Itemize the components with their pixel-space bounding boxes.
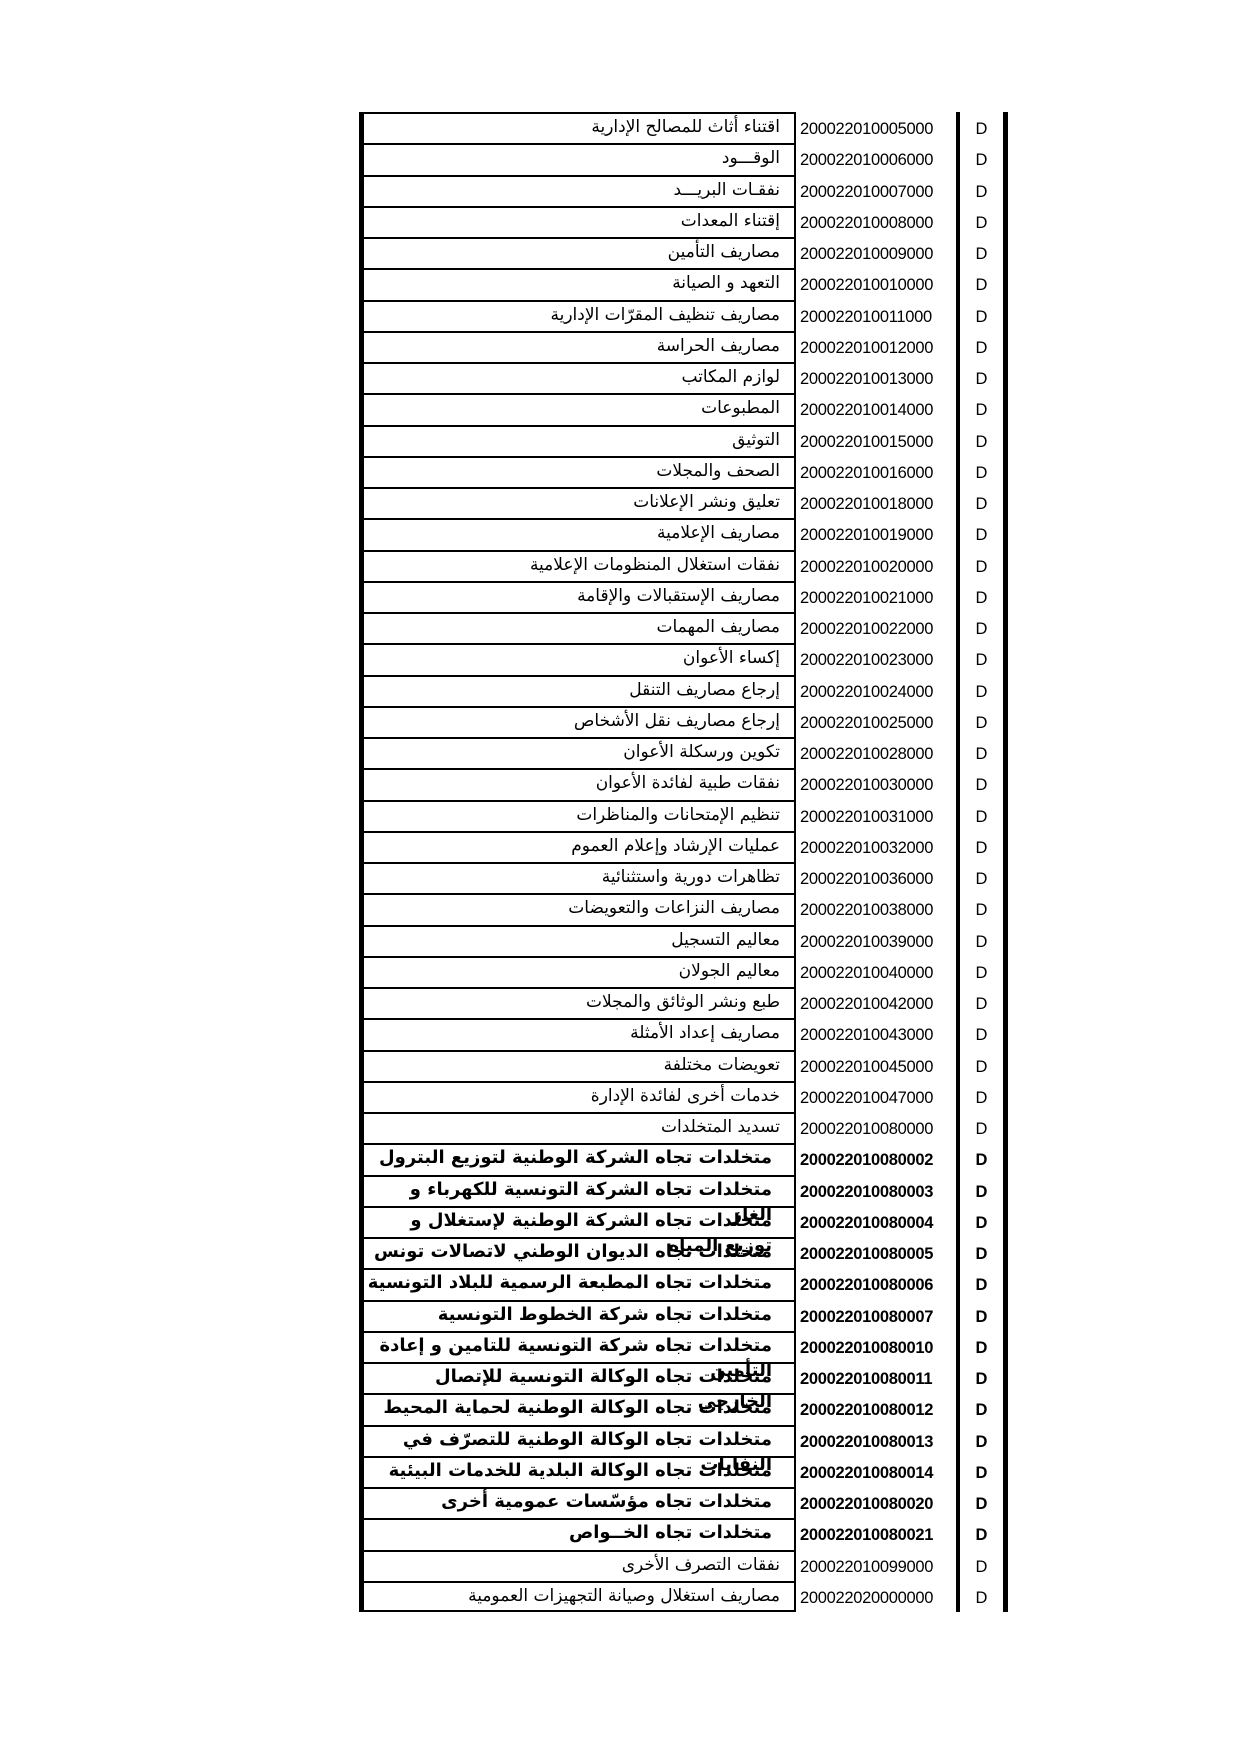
expense-code-cell: 200022010080014 xyxy=(800,1456,955,1487)
expense-name: تعويضات مختلفة xyxy=(664,1055,780,1075)
expense-name: مصاريف النزاعات والتعويضات xyxy=(568,898,780,918)
expense-name-cell: إقتناء المعدات xyxy=(359,206,796,237)
type-flag-cell: D xyxy=(956,112,1008,143)
expense-code-cell: 200022010045000 xyxy=(800,1050,955,1081)
expense-name-cell: التعهد و الصيانة xyxy=(359,268,796,299)
type-flag-cell: D xyxy=(956,1175,1008,1206)
table-row: المطبوعات 200022010014000 D xyxy=(359,393,1011,424)
type-flag-cell: D xyxy=(956,581,1008,612)
expense-code-cell: 200022010080005 xyxy=(800,1237,955,1268)
expense-code-cell: 200022010021000 xyxy=(800,581,955,612)
expense-code-cell: 200022010038000 xyxy=(800,893,955,924)
expense-name-cell: تكوين ورسكلة الأعوان xyxy=(359,737,796,768)
expense-name-cell: تسديد المتخلدات xyxy=(359,1112,796,1143)
table-row: مصاريف النزاعات والتعويضات 2000220100380… xyxy=(359,893,1011,924)
expense-name: طبع ونشر الوثائق والمجلات xyxy=(586,992,780,1012)
type-flag-cell: D xyxy=(956,1300,1008,1331)
table-row: نفقات طبية لفائدة الأعوان 20002201003000… xyxy=(359,768,1011,799)
table-row: اقتناء أثاث للمصالح الإدارية 20002201000… xyxy=(359,112,1011,143)
expense-code-cell: 200022010039000 xyxy=(800,925,955,956)
expense-code-cell: 200022010007000 xyxy=(800,175,955,206)
table-row: الوقـــود 200022010006000 D xyxy=(359,143,1011,174)
table-row: معاليم الجولان 200022010040000 D xyxy=(359,956,1011,987)
expense-code-cell: 200022010005000 xyxy=(800,112,955,143)
type-flag-cell: D xyxy=(956,456,1008,487)
expense-name-cell: متخلدات تجاه المطبعة الرسمية للبلاد التو… xyxy=(359,1268,796,1299)
table-row: متخلدات تجاه الخــواص 200022010080021 D xyxy=(359,1518,1011,1549)
expense-code-cell: 200022010080002 xyxy=(800,1143,955,1174)
expense-code-cell: 200022010099000 xyxy=(800,1550,955,1581)
type-flag-cell: D xyxy=(956,956,1008,987)
table-row: معاليم التسجيل 200022010039000 D xyxy=(359,925,1011,956)
expense-code-cell: 200022010009000 xyxy=(800,237,955,268)
expense-name-cell: إرجاع مصاريف نقل الأشخاص xyxy=(359,706,796,737)
type-flag-cell: D xyxy=(956,831,1008,862)
expense-name-cell: مصاريف المهمات xyxy=(359,612,796,643)
expense-code-cell: 200022010022000 xyxy=(800,612,955,643)
expense-code-cell: 200022010043000 xyxy=(800,1018,955,1049)
expense-code-cell: 200022010040000 xyxy=(800,956,955,987)
type-flag-cell: D xyxy=(956,1425,1008,1456)
expense-name-cell: متخلدات تجاه الخــواص xyxy=(359,1518,796,1549)
expense-code-cell: 200022010080004 xyxy=(800,1206,955,1237)
expense-name: مصاريف استغلال وصيانة التجهيزات العمومية xyxy=(468,1586,780,1606)
type-flag-cell: D xyxy=(956,1018,1008,1049)
expense-name-cell: تعليق ونشر الإعلانات xyxy=(359,487,796,518)
expense-name-cell: طبع ونشر الوثائق والمجلات xyxy=(359,987,796,1018)
expense-code-cell: 200022010016000 xyxy=(800,456,955,487)
expense-name-cell: تنظيم الإمتحانات والمناظرات xyxy=(359,800,796,831)
expense-code-cell: 200022010080013 xyxy=(800,1425,955,1456)
type-flag-cell: D xyxy=(956,425,1008,456)
type-flag-cell: D xyxy=(956,1362,1008,1393)
expense-code-table: اقتناء أثاث للمصالح الإدارية 20002201000… xyxy=(359,112,1011,1612)
expense-name: الوقـــود xyxy=(722,148,780,168)
expense-name-cell: متخلدات تجاه الشركة الوطنية لتوزيع البتر… xyxy=(359,1143,796,1174)
expense-code-cell: 200022010080011 xyxy=(800,1362,955,1393)
type-flag-cell: D xyxy=(956,331,1008,362)
table-row: متخلدات تجاه الوكالة الوطنية للتصرّف في … xyxy=(359,1425,1011,1456)
table-row: مصاريف الإعلامية 200022010019000 D xyxy=(359,518,1011,549)
table-row: تعليق ونشر الإعلانات 200022010018000 D xyxy=(359,487,1011,518)
expense-code-cell: 200022010080006 xyxy=(800,1268,955,1299)
expense-code-cell: 200022010014000 xyxy=(800,393,955,424)
expense-code-cell: 200022010047000 xyxy=(800,1081,955,1112)
type-flag-cell: D xyxy=(956,800,1008,831)
expense-name-cell: إرجاع مصاريف التنقل xyxy=(359,675,796,706)
type-flag-cell: D xyxy=(956,675,1008,706)
table-row: متخلدات تجاه مؤسّسات عمومية أخرى 2000220… xyxy=(359,1487,1011,1518)
type-flag-cell: D xyxy=(956,1268,1008,1299)
table-row: لوازم المكاتب 200022010013000 D xyxy=(359,362,1011,393)
table-row: التوثيق 200022010015000 D xyxy=(359,425,1011,456)
type-flag-cell: D xyxy=(956,1581,1008,1612)
expense-name: متخلدات تجاه الديوان الوطني لاتصالات تون… xyxy=(374,1241,772,1262)
expense-name: تعليق ونشر الإعلانات xyxy=(633,492,780,512)
expense-code-cell: 200022010024000 xyxy=(800,675,955,706)
type-flag-cell: D xyxy=(956,862,1008,893)
type-flag-cell: D xyxy=(956,1050,1008,1081)
type-flag-cell: D xyxy=(956,1518,1008,1549)
expense-code-cell: 200022010020000 xyxy=(800,550,955,581)
type-flag-cell: D xyxy=(956,612,1008,643)
expense-code-cell: 200022010023000 xyxy=(800,643,955,674)
type-flag-cell: D xyxy=(956,518,1008,549)
table-row: متخلدات تجاه المطبعة الرسمية للبلاد التو… xyxy=(359,1268,1011,1299)
table-row: مصاريف إعداد الأمثلة 200022010043000 D xyxy=(359,1018,1011,1049)
expense-code-cell: 200022010042000 xyxy=(800,987,955,1018)
table-row: إرجاع مصاريف التنقل 200022010024000 D xyxy=(359,675,1011,706)
expense-name-cell: إكساء الأعوان xyxy=(359,643,796,674)
type-flag-cell: D xyxy=(956,1393,1008,1424)
expense-name: نفقـات البريـــد xyxy=(673,180,780,200)
type-flag-cell: D xyxy=(956,143,1008,174)
expense-name: نفقات التصرف الأخرى xyxy=(622,1555,780,1575)
expense-name: التعهد و الصيانة xyxy=(672,273,780,293)
table-row: متخلدات تجاه الديوان الوطني لاتصالات تون… xyxy=(359,1237,1011,1268)
type-flag-cell: D xyxy=(956,237,1008,268)
table-row: التعهد و الصيانة 200022010010000 D xyxy=(359,268,1011,299)
table-row: متخلدات تجاه شركة الخطوط التونسية 200022… xyxy=(359,1300,1011,1331)
table-row: نفقات استغلال المنظومات الإعلامية 200022… xyxy=(359,550,1011,581)
expense-name-cell: متخلدات تجاه الوكالة التونسية للإتصال ال… xyxy=(359,1362,796,1393)
expense-code-cell: 200022010080021 xyxy=(800,1518,955,1549)
table-row: تسديد المتخلدات 200022010080000 D xyxy=(359,1112,1011,1143)
expense-name: التوثيق xyxy=(732,430,780,450)
table-row: إكساء الأعوان 200022010023000 D xyxy=(359,643,1011,674)
type-flag-cell: D xyxy=(956,643,1008,674)
type-flag-cell: D xyxy=(956,1331,1008,1362)
expense-name: متخلدات تجاه الوكالة الوطنية لحماية المح… xyxy=(383,1397,772,1418)
expense-code-cell: 200022010028000 xyxy=(800,737,955,768)
expense-name: إقتناء المعدات xyxy=(681,211,780,231)
expense-name: متخلدات تجاه مؤسّسات عمومية أخرى xyxy=(441,1491,772,1512)
expense-name-cell: متخلدات تجاه الشركة الوطنية لإستغلال و ت… xyxy=(359,1206,796,1237)
expense-code-cell: 200022010008000 xyxy=(800,206,955,237)
expense-name-cell: التوثيق xyxy=(359,425,796,456)
table-row: طبع ونشر الوثائق والمجلات 20002201004200… xyxy=(359,987,1011,1018)
expense-name-cell: متخلدات تجاه شركة التونسية للتامين و إعا… xyxy=(359,1331,796,1362)
expense-name-cell: متخلدات تجاه الوكالة الوطنية لحماية المح… xyxy=(359,1393,796,1424)
type-flag-cell: D xyxy=(956,300,1008,331)
expense-code-cell: 200022010025000 xyxy=(800,706,955,737)
expense-name-cell: الوقـــود xyxy=(359,143,796,174)
type-flag-cell: D xyxy=(956,925,1008,956)
table-row: متخلدات تجاه الشركة التونسية للكهرباء و … xyxy=(359,1175,1011,1206)
expense-code-cell: 200022010080003 xyxy=(800,1175,955,1206)
expense-code-cell: 200022010036000 xyxy=(800,862,955,893)
expense-name: مصاريف المهمات xyxy=(656,617,780,637)
expense-code-cell: 200022010019000 xyxy=(800,518,955,549)
type-flag-cell: D xyxy=(956,1143,1008,1174)
expense-name: مصاريف الإعلامية xyxy=(657,523,780,543)
table-row: مصاريف المهمات 200022010022000 D xyxy=(359,612,1011,643)
expense-name-cell: مصاريف التأمين xyxy=(359,237,796,268)
table-row: الصحف والمجلات 200022010016000 D xyxy=(359,456,1011,487)
table-row: متخلدات تجاه الشركة الوطنية لإستغلال و ت… xyxy=(359,1206,1011,1237)
expense-name-cell: نفقـات البريـــد xyxy=(359,175,796,206)
expense-name-cell: مصاريف إعداد الأمثلة xyxy=(359,1018,796,1049)
type-flag-cell: D xyxy=(956,393,1008,424)
type-flag-cell: D xyxy=(956,206,1008,237)
expense-name-cell: المطبوعات xyxy=(359,393,796,424)
type-flag-cell: D xyxy=(956,768,1008,799)
type-flag-cell: D xyxy=(956,706,1008,737)
table-row: نفقات التصرف الأخرى 200022010099000 D xyxy=(359,1550,1011,1581)
expense-name: مصاريف التأمين xyxy=(668,242,780,262)
table-row: مصاريف الإستقبالات والإقامة 200022010021… xyxy=(359,581,1011,612)
expense-code-cell: 200022010031000 xyxy=(800,800,955,831)
type-flag-cell: D xyxy=(956,1206,1008,1237)
table-row: عمليات الإرشاد وإعلام العموم 20002201003… xyxy=(359,831,1011,862)
type-flag-cell: D xyxy=(956,893,1008,924)
expense-name-cell: متخلدات تجاه مؤسّسات عمومية أخرى xyxy=(359,1487,796,1518)
type-flag-cell: D xyxy=(956,1237,1008,1268)
type-flag-cell: D xyxy=(956,1081,1008,1112)
expense-name: المطبوعات xyxy=(701,398,780,418)
type-flag-cell: D xyxy=(956,737,1008,768)
expense-name: الصحف والمجلات xyxy=(656,461,780,481)
expense-name: متخلدات تجاه الخــواص xyxy=(569,1522,772,1543)
expense-name-cell: لوازم المكاتب xyxy=(359,362,796,393)
expense-name-cell: مصاريف الإعلامية xyxy=(359,518,796,549)
expense-name-cell: نفقات التصرف الأخرى xyxy=(359,1550,796,1581)
table-row: مصاريف تنظيف المقرّات الإدارية 200022010… xyxy=(359,300,1011,331)
expense-name: تسديد المتخلدات xyxy=(661,1117,780,1137)
expense-name-cell: الصحف والمجلات xyxy=(359,456,796,487)
expense-name-cell: مصاريف النزاعات والتعويضات xyxy=(359,893,796,924)
table-row: تظاهرات دورية واستثنائية 200022010036000… xyxy=(359,862,1011,893)
table-row: إرجاع مصاريف نقل الأشخاص 200022010025000… xyxy=(359,706,1011,737)
expense-name: تنظيم الإمتحانات والمناظرات xyxy=(576,805,780,825)
expense-name: مصاريف إعداد الأمثلة xyxy=(630,1023,780,1043)
table-row: مصاريف الحراسة 200022010012000 D xyxy=(359,331,1011,362)
expense-name: متخلدات تجاه شركة الخطوط التونسية xyxy=(438,1304,772,1325)
type-flag-cell: D xyxy=(956,1487,1008,1518)
table-row: مصاريف التأمين 200022010009000 D xyxy=(359,237,1011,268)
expense-name: متخلدات تجاه المطبعة الرسمية للبلاد التو… xyxy=(368,1272,772,1293)
expense-code-cell: 200022010013000 xyxy=(800,362,955,393)
type-flag-cell: D xyxy=(956,487,1008,518)
expense-name: متخلدات تجاه الشركة الوطنية لتوزيع البتر… xyxy=(379,1147,772,1168)
expense-name-cell: اقتناء أثاث للمصالح الإدارية xyxy=(359,112,796,143)
type-flag-cell: D xyxy=(956,175,1008,206)
expense-code-cell: 200022010080012 xyxy=(800,1393,955,1424)
table-row: متخلدات تجاه الشركة الوطنية لتوزيع البتر… xyxy=(359,1143,1011,1174)
expense-code-cell: 200022010080007 xyxy=(800,1300,955,1331)
expense-code-cell: 200022010032000 xyxy=(800,831,955,862)
expense-code-cell: 200022010006000 xyxy=(800,143,955,174)
expense-name: متخلدات تجاه الوكالة البلدية للخدمات الب… xyxy=(389,1460,772,1481)
table-row: متخلدات تجاه الوكالة التونسية للإتصال ال… xyxy=(359,1362,1011,1393)
type-flag-cell: D xyxy=(956,268,1008,299)
expense-name: نفقات طبية لفائدة الأعوان xyxy=(596,773,780,793)
expense-name: إرجاع مصاريف التنقل xyxy=(629,680,780,700)
expense-code-cell: 200022010080020 xyxy=(800,1487,955,1518)
expense-name: تكوين ورسكلة الأعوان xyxy=(623,742,780,762)
expense-name-cell: متخلدات تجاه شركة الخطوط التونسية xyxy=(359,1300,796,1331)
expense-code-cell: 200022010015000 xyxy=(800,425,955,456)
table-row: تكوين ورسكلة الأعوان 200022010028000 D xyxy=(359,737,1011,768)
expense-name-cell: مصاريف الإستقبالات والإقامة xyxy=(359,581,796,612)
expense-name-cell: خدمات أخرى لفائدة الإدارة xyxy=(359,1081,796,1112)
expense-name-cell: نفقات استغلال المنظومات الإعلامية xyxy=(359,550,796,581)
expense-name-cell: نفقات طبية لفائدة الأعوان xyxy=(359,768,796,799)
type-flag-cell: D xyxy=(956,1112,1008,1143)
type-flag-cell: D xyxy=(956,1456,1008,1487)
expense-name: مصاريف الإستقبالات والإقامة xyxy=(577,586,780,606)
table-row: خدمات أخرى لفائدة الإدارة 20002201004700… xyxy=(359,1081,1011,1112)
table-row: متخلدات تجاه الوكالة البلدية للخدمات الب… xyxy=(359,1456,1011,1487)
table-row: إقتناء المعدات 200022010008000 D xyxy=(359,206,1011,237)
expense-code-cell: 200022010012000 xyxy=(800,331,955,362)
expense-name: معاليم الجولان xyxy=(679,961,780,981)
type-flag-cell: D xyxy=(956,550,1008,581)
expense-code-cell: 200022010018000 xyxy=(800,487,955,518)
expense-name: تظاهرات دورية واستثنائية xyxy=(602,867,780,887)
expense-code-cell: 200022010011000 xyxy=(800,300,955,331)
table-row: متخلدات تجاه الوكالة الوطنية لحماية المح… xyxy=(359,1393,1011,1424)
expense-name-cell: عمليات الإرشاد وإعلام العموم xyxy=(359,831,796,862)
expense-name: معاليم التسجيل xyxy=(671,930,780,950)
table-row: تعويضات مختلفة 200022010045000 D xyxy=(359,1050,1011,1081)
expense-name: نفقات استغلال المنظومات الإعلامية xyxy=(530,555,780,575)
expense-name-cell: مصاريف تنظيف المقرّات الإدارية xyxy=(359,300,796,331)
expense-name-cell: مصاريف الحراسة xyxy=(359,331,796,362)
table-row: مصاريف استغلال وصيانة التجهيزات العمومية… xyxy=(359,1581,1011,1612)
expense-code-cell: 200022010030000 xyxy=(800,768,955,799)
expense-name: مصاريف تنظيف المقرّات الإدارية xyxy=(550,305,780,325)
expense-name-cell: معاليم الجولان xyxy=(359,956,796,987)
expense-name-cell: معاليم التسجيل xyxy=(359,925,796,956)
expense-name: لوازم المكاتب xyxy=(681,367,780,387)
type-flag-cell: D xyxy=(956,987,1008,1018)
expense-code-cell: 200022020000000 xyxy=(800,1581,955,1612)
expense-code-cell: 200022010080010 xyxy=(800,1331,955,1362)
expense-name-cell: مصاريف استغلال وصيانة التجهيزات العمومية xyxy=(359,1581,796,1612)
expense-name-cell: تعويضات مختلفة xyxy=(359,1050,796,1081)
expense-name: إرجاع مصاريف نقل الأشخاص xyxy=(574,711,780,731)
expense-name-cell: متخلدات تجاه الوكالة الوطنية للتصرّف في … xyxy=(359,1425,796,1456)
expense-name: عمليات الإرشاد وإعلام العموم xyxy=(571,836,780,856)
expense-name: خدمات أخرى لفائدة الإدارة xyxy=(591,1086,780,1106)
expense-name: إكساء الأعوان xyxy=(683,648,780,668)
expense-name-cell: متخلدات تجاه الوكالة البلدية للخدمات الب… xyxy=(359,1456,796,1487)
expense-code-cell: 200022010080000 xyxy=(800,1112,955,1143)
table-row: نفقـات البريـــد 200022010007000 D xyxy=(359,175,1011,206)
type-flag-cell: D xyxy=(956,362,1008,393)
table-row: متخلدات تجاه شركة التونسية للتامين و إعا… xyxy=(359,1331,1011,1362)
expense-name-cell: متخلدات تجاه الشركة التونسية للكهرباء و … xyxy=(359,1175,796,1206)
type-flag-cell: D xyxy=(956,1550,1008,1581)
expense-code-cell: 200022010010000 xyxy=(800,268,955,299)
expense-name-cell: متخلدات تجاه الديوان الوطني لاتصالات تون… xyxy=(359,1237,796,1268)
expense-name: اقتناء أثاث للمصالح الإدارية xyxy=(591,117,780,137)
table-row: تنظيم الإمتحانات والمناظرات 200022010031… xyxy=(359,800,1011,831)
expense-name-cell: تظاهرات دورية واستثنائية xyxy=(359,862,796,893)
expense-name: مصاريف الحراسة xyxy=(657,336,780,356)
